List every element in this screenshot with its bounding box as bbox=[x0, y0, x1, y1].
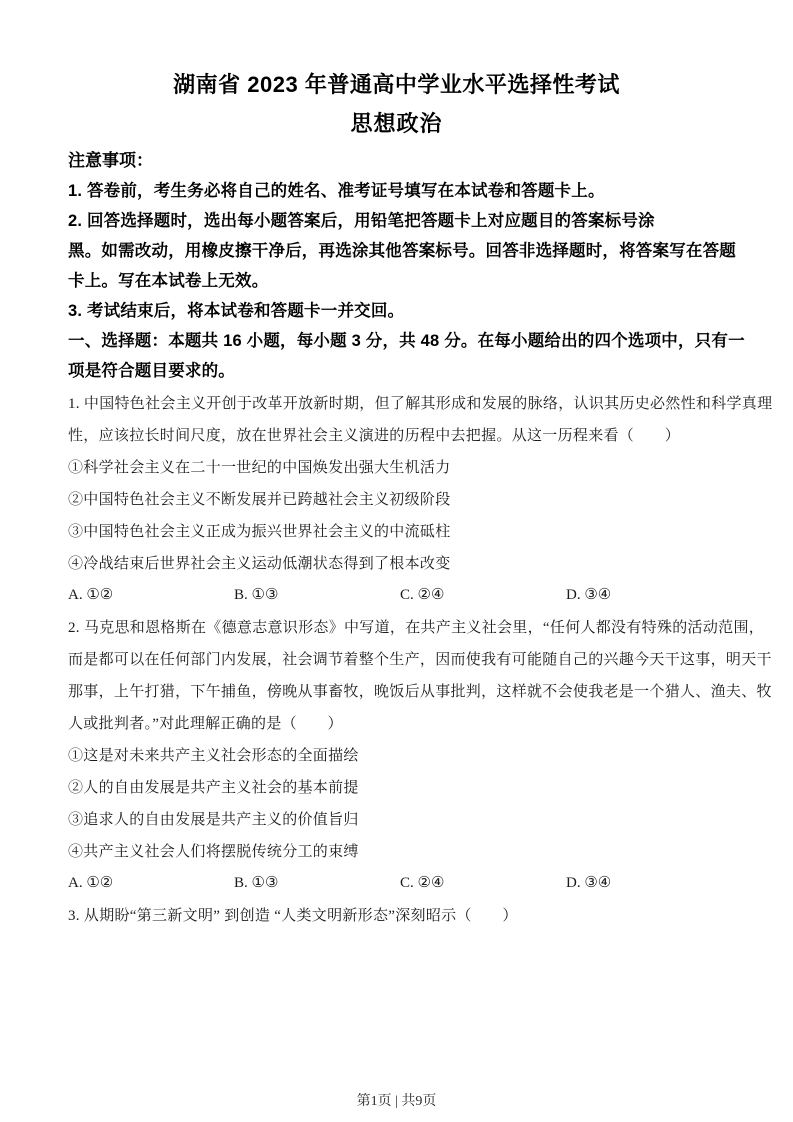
notice-line: 3. 考试结束后，将本试卷和答题卡一并交回。 bbox=[68, 296, 725, 326]
page-number-text: 第1页 | 共9页 bbox=[357, 1094, 437, 1109]
choices-row: A. ①② B. ①③ C. ②④ D. ③④ bbox=[68, 868, 725, 898]
question-stem-line: 性，应该拉长时间尺度，放在世界社会主义演进的历程中去把握。从这一历程来看（ ） bbox=[68, 420, 725, 452]
question-stem-line: 1. 中国特色社会主义开创于改革开放新时期，但了解其形成和发展的脉络，认识其历史… bbox=[68, 388, 725, 420]
question-1: 1. 中国特色社会主义开创于改革开放新时期，但了解其形成和发展的脉络，认识其历史… bbox=[68, 388, 725, 610]
section-heading-line: 一、选择题：本题共 16 小题，每小题 3 分，共 48 分。在每小题给出的四个… bbox=[68, 326, 725, 356]
notice-line: 1. 答卷前，考生务必将自己的姓名、准考证号填写在本试卷和答题卡上。 bbox=[68, 176, 725, 206]
page-content: 湖南省 2023 年普通高中学业水平选择性考试 思想政治 注意事项： 1. 答卷… bbox=[68, 70, 725, 932]
exam-paper-page: 湖南省 2023 年普通高中学业水平选择性考试 思想政治 注意事项： 1. 答卷… bbox=[0, 0, 793, 1122]
choice-a: A. ①② bbox=[68, 868, 234, 898]
section-heading: 一、选择题：本题共 16 小题，每小题 3 分，共 48 分。在每小题给出的四个… bbox=[68, 326, 725, 386]
notice-section: 注意事项： 1. 答卷前，考生务必将自己的姓名、准考证号填写在本试卷和答题卡上。… bbox=[68, 146, 725, 326]
page-footer: 第1页 | 共9页 bbox=[0, 1090, 793, 1110]
choice-b: B. ①③ bbox=[234, 868, 400, 898]
choices-row: A. ①② B. ①③ C. ②④ D. ③④ bbox=[68, 580, 725, 610]
notice-line: 黑。如需改动，用橡皮擦干净后，再选涂其他答案标号。回答非选择题时，将答案写在答题 bbox=[68, 236, 725, 266]
choice-b: B. ①③ bbox=[234, 580, 400, 610]
choice-c: C. ②④ bbox=[400, 868, 566, 898]
question-stem-line: 3. 从期盼“第三新文明” 到创造 “人类文明新形态”深刻昭示（ ） bbox=[68, 900, 725, 932]
statement-line: ①科学社会主义在二十一世纪的中国焕发出强大生机活力 bbox=[68, 452, 725, 484]
statement-line: ④冷战结束后世界社会主义运动低潮状态得到了根本改变 bbox=[68, 548, 725, 580]
document-title: 湖南省 2023 年普通高中学业水平选择性考试 bbox=[68, 70, 725, 100]
notice-line: 2. 回答选择题时，选出每小题答案后，用铅笔把答题卡上对应题目的答案标号涂 bbox=[68, 206, 725, 236]
document-subtitle: 思想政治 bbox=[68, 110, 725, 138]
choice-c: C. ②④ bbox=[400, 580, 566, 610]
choice-d: D. ③④ bbox=[566, 580, 611, 610]
section-heading-line: 项是符合题目要求的。 bbox=[68, 356, 725, 386]
question-stem-line: 那事，上午打猎，下午捕鱼，傍晚从事畜牧，晚饭后从事批判，这样就不会使我老是一个猎… bbox=[68, 676, 725, 708]
question-2: 2. 马克思和恩格斯在《德意志意识形态》中写道，在共产主义社会里，“任何人都没有… bbox=[68, 612, 725, 898]
notice-line: 卡上。写在本试卷上无效。 bbox=[68, 266, 725, 296]
statement-line: ①这是对未来共产主义社会形态的全面描绘 bbox=[68, 740, 725, 772]
notice-heading: 注意事项： bbox=[68, 146, 725, 176]
statement-line: ③追求人的自由发展是共产主义的价值旨归 bbox=[68, 804, 725, 836]
question-stem-line: 而是都可以在任何部门内发展，社会调节着整个生产，因而使我有可能随自己的兴趣今天干… bbox=[68, 644, 725, 676]
statement-line: ②人的自由发展是共产主义社会的基本前提 bbox=[68, 772, 725, 804]
question-stem-line: 人或批判者。”对此理解正确的是（ ） bbox=[68, 708, 725, 740]
statement-line: ④共产主义社会人们将摆脱传统分工的束缚 bbox=[68, 836, 725, 868]
question-stem-line: 2. 马克思和恩格斯在《德意志意识形态》中写道，在共产主义社会里，“任何人都没有… bbox=[68, 612, 725, 644]
statement-line: ②中国特色社会主义不断发展并已跨越社会主义初级阶段 bbox=[68, 484, 725, 516]
statement-line: ③中国特色社会主义正成为振兴世界社会主义的中流砥柱 bbox=[68, 516, 725, 548]
choice-d: D. ③④ bbox=[566, 868, 611, 898]
question-3: 3. 从期盼“第三新文明” 到创造 “人类文明新形态”深刻昭示（ ） bbox=[68, 900, 725, 932]
choice-a: A. ①② bbox=[68, 580, 234, 610]
